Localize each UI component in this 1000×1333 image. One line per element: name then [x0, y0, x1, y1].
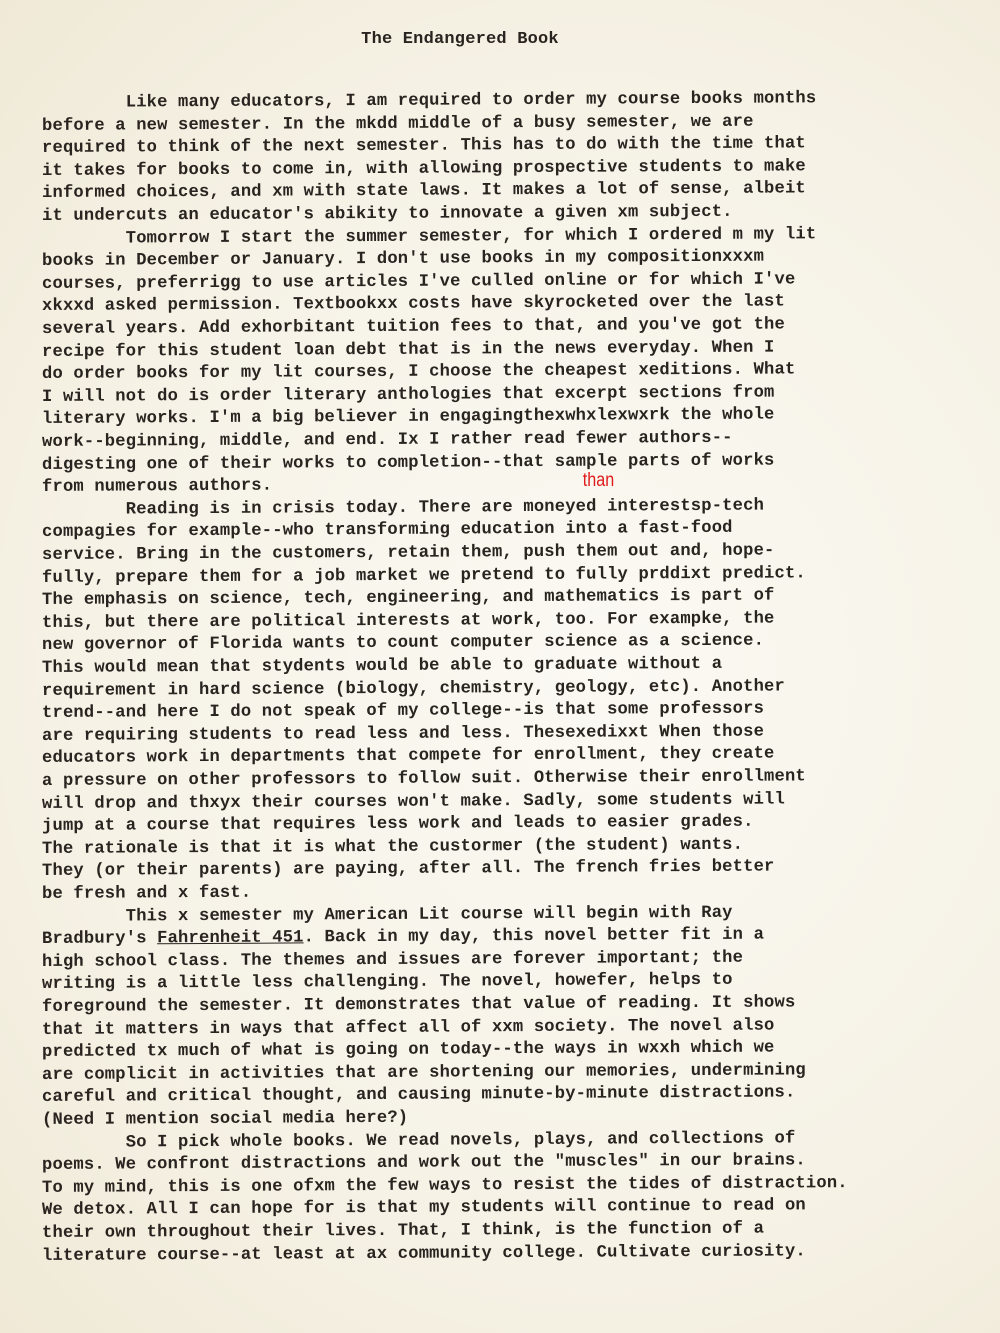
book-title-underlined: Fahrenheit 451	[157, 929, 304, 949]
text-line: a pressure on other professors to follow…	[42, 766, 806, 793]
handwritten-correction: than	[583, 470, 614, 492]
text-line: Bradbury's Fahrenheit 451. Back in my da…	[42, 925, 764, 951]
text-line: literature course--at least at ax commun…	[42, 1241, 806, 1268]
text-line: trend--and here I do not speak of my col…	[42, 699, 764, 725]
typewritten-page: The Endangered Book Like many educators,…	[0, 0, 1000, 1333]
text-line: foreground the semester. It demonstrates…	[42, 992, 796, 1019]
text-line: several years. Add exhorbitant tuition f…	[42, 314, 785, 341]
text-line: They (or their parents) are paying, afte…	[42, 857, 775, 883]
text-line: This would mean that stydents would be a…	[42, 654, 722, 680]
text-line: digesting one of their works to completi…	[42, 450, 775, 476]
text-line: service. Bring in the customers, retain …	[42, 541, 775, 567]
text-line: books in December or January. I don't us…	[42, 247, 764, 273]
text-line: careful and critical thought, and causin…	[42, 1083, 796, 1110]
text-line: from numerous authors.	[42, 476, 272, 499]
document-title: The Endangered Book	[0, 30, 920, 49]
text-line: work--beginning, middle, and end. Ix I r…	[42, 428, 733, 454]
text-line: be fresh and x fast.	[42, 883, 251, 906]
text-line: (Need I mention social media here?)	[42, 1108, 408, 1132]
text-line: their own throughout their lives. That, …	[42, 1219, 764, 1245]
text-line: it undercuts an educator's abikity to in…	[42, 202, 733, 228]
text-line: jump at a course that requires less work…	[42, 812, 754, 838]
